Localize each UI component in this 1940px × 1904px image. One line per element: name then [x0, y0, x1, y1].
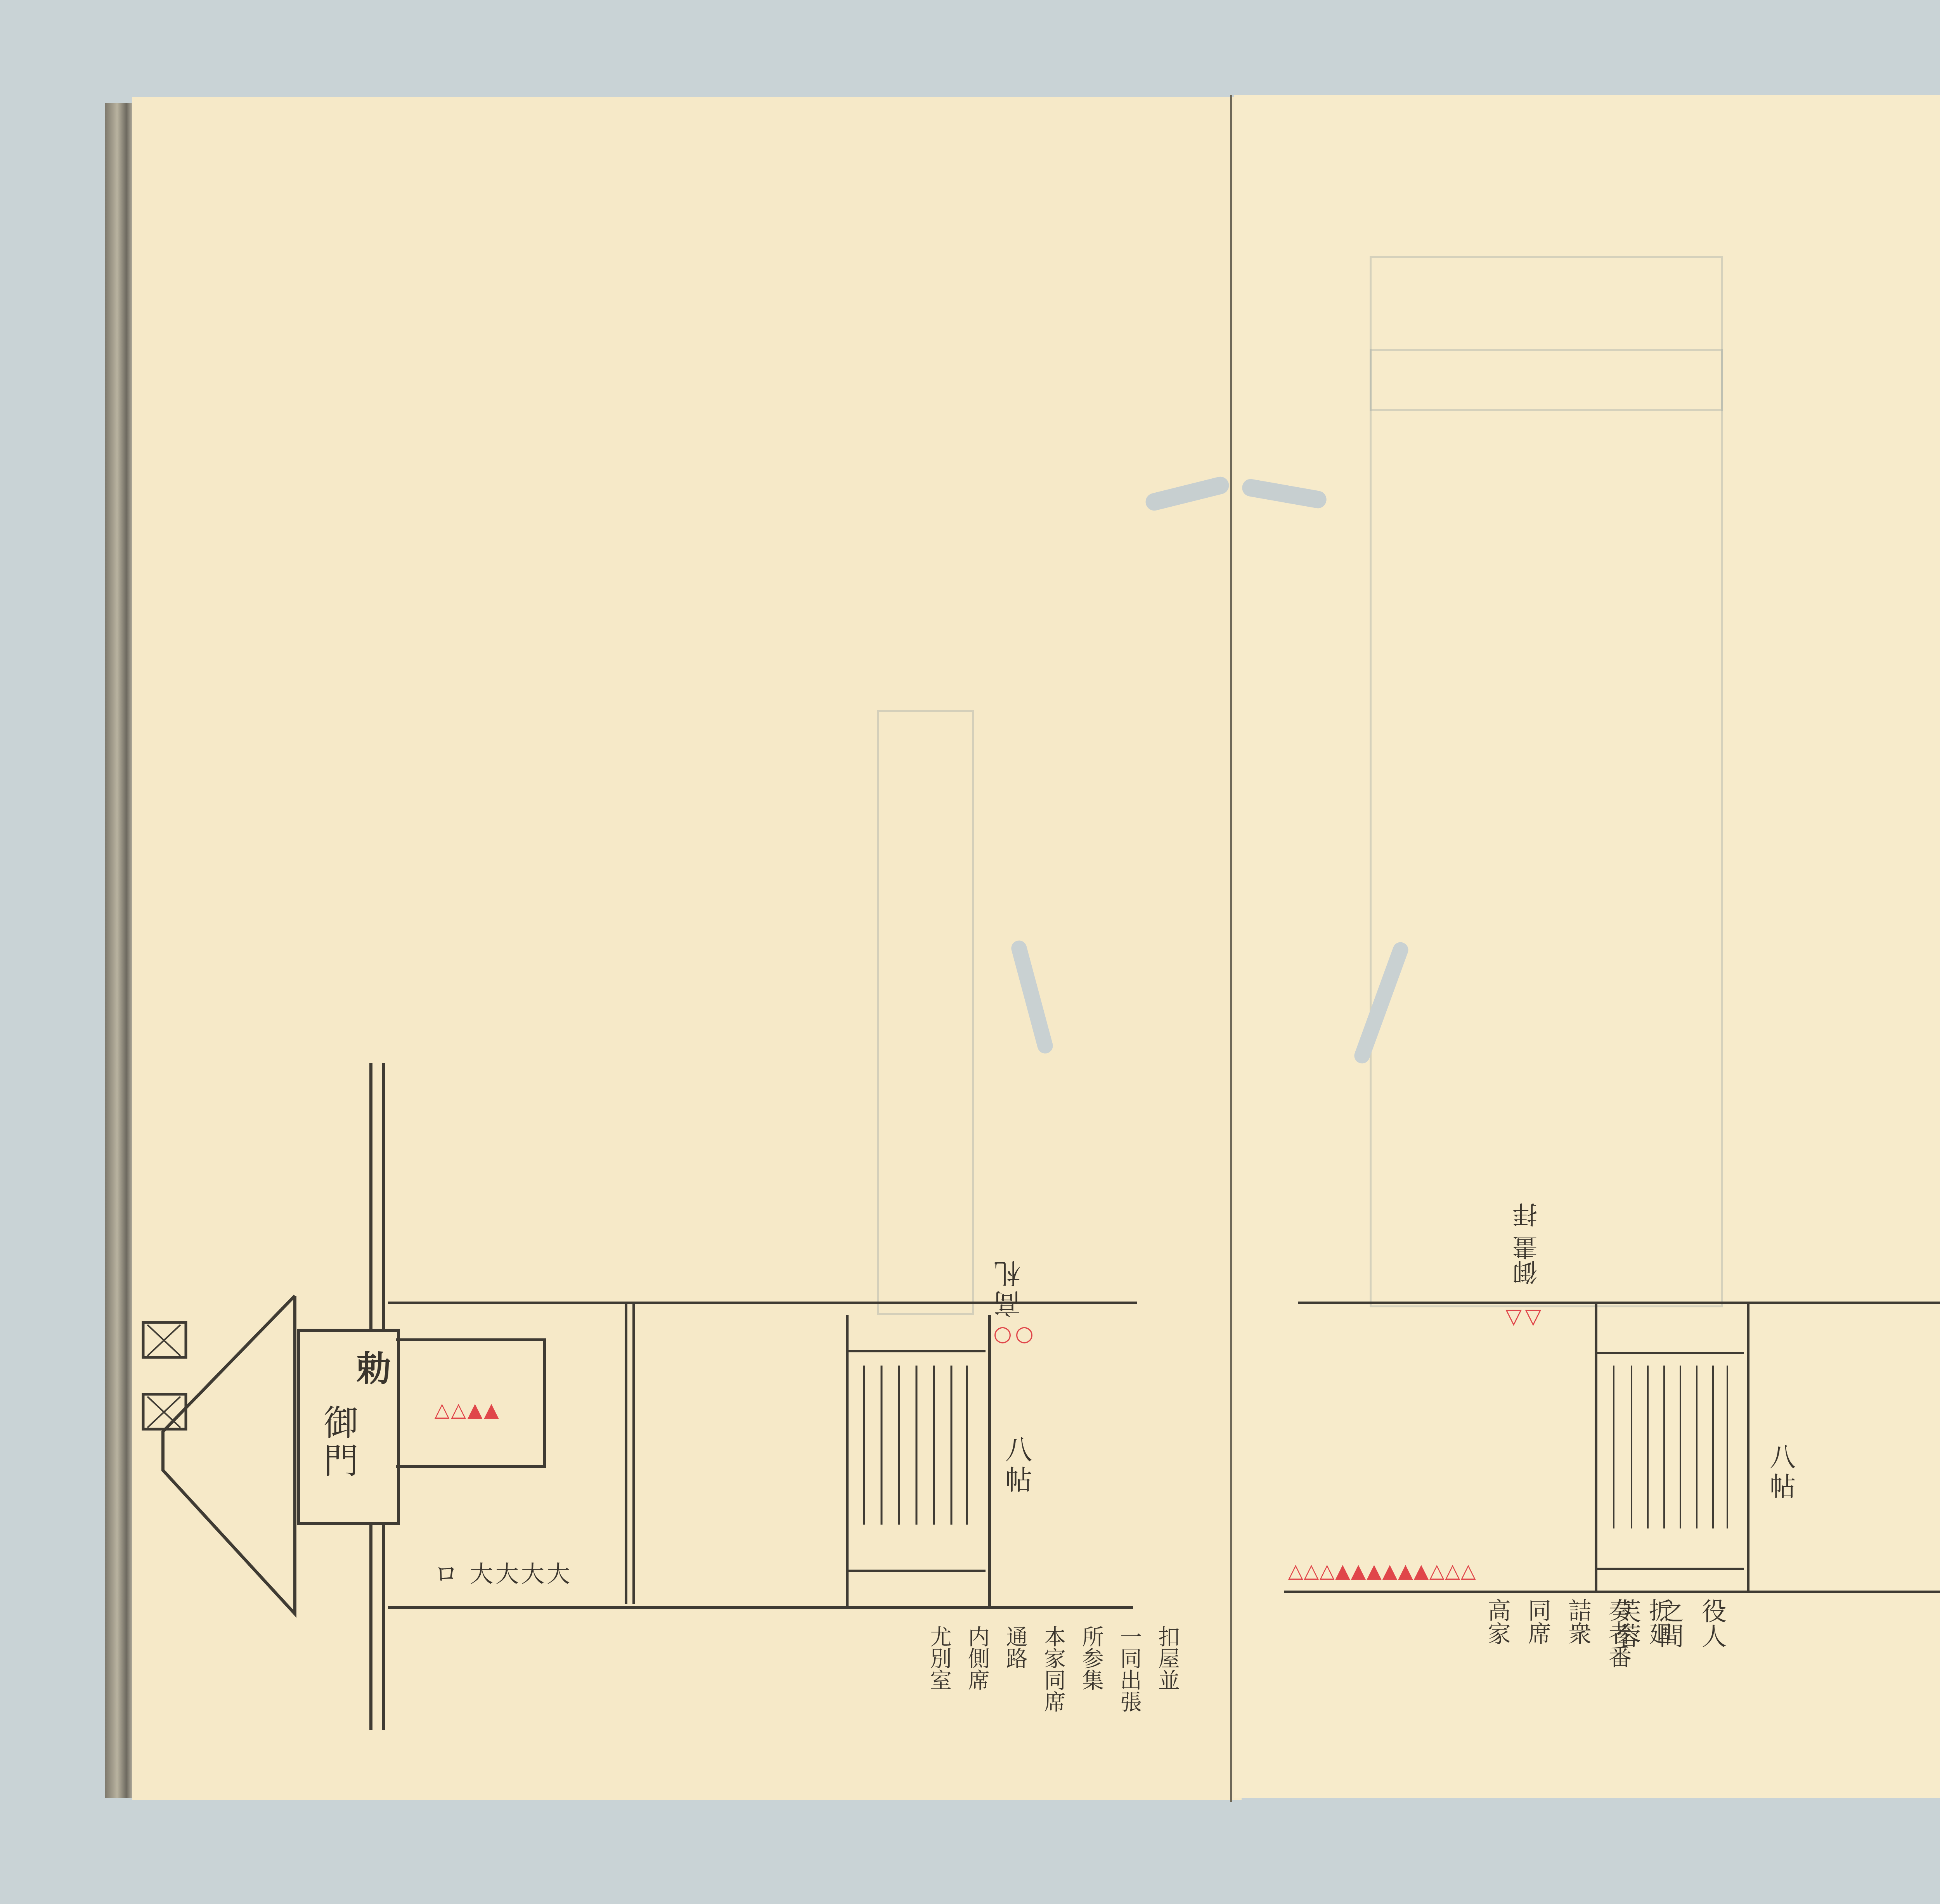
notes-left: 扣屋並 一同出張 所参集 本家同席 通路 内側席 尤別室 [458, 1625, 1183, 1712]
gate-label-side: 勅 [345, 1350, 396, 1388]
divider-a [625, 1302, 627, 1604]
slats-left [849, 1366, 984, 1528]
gate-label: 御門 [312, 1404, 363, 1480]
slats-right [1597, 1366, 1745, 1532]
red-triangle-row: △△△▲▲▲▲▲▲△△△ [1288, 1560, 1476, 1582]
label-top-left: 高札 [989, 1257, 1029, 1317]
red-circles: ○○ [993, 1321, 1037, 1346]
spine-gutter [1230, 95, 1232, 1802]
red-marks-gate: △△▲▲ [435, 1399, 501, 1421]
bleed-through-balcony [1370, 349, 1723, 411]
notes-right-b: 役人 之間 芙蓉 [1502, 1598, 1730, 1648]
street-bottom-left [388, 1606, 1133, 1609]
bleed-through-building-right [1370, 256, 1723, 1307]
label-room-left: 八帖 [997, 1435, 1036, 1496]
label-top-right: 御畫 拝 [1509, 1203, 1616, 1285]
book-block-edge-left [105, 103, 136, 1798]
divider-b [632, 1302, 635, 1604]
street-bottom-right [1284, 1591, 1940, 1593]
label-room-right: 八帖 [1762, 1443, 1799, 1502]
bleed-through-tower-left [877, 710, 974, 1315]
gate-lattice-upper [142, 1321, 204, 1360]
gate-lattice-lower [142, 1393, 204, 1431]
red-marks-top-right: ▽▽ [1505, 1303, 1545, 1328]
fence-marks: ロ 大大大大 [435, 1556, 572, 1589]
